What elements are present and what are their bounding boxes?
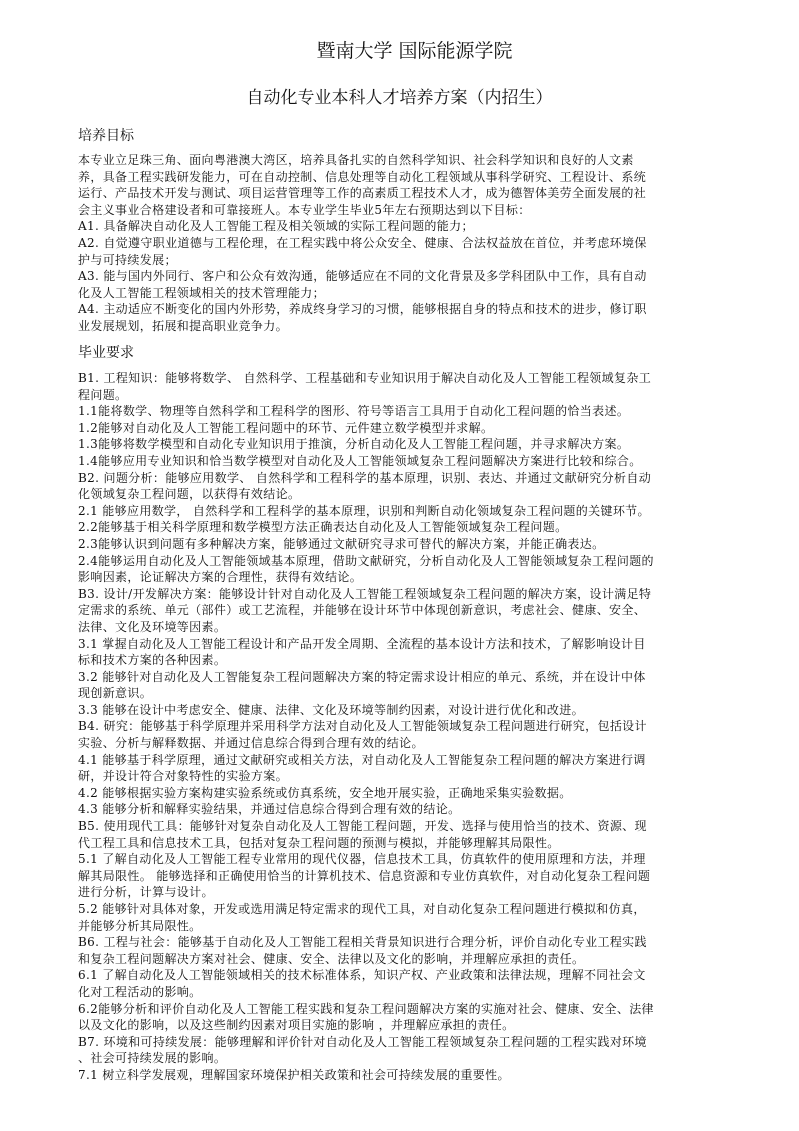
requirement-line: B2. 问题分析：能够应用数学、 自然科学和工程科学的基本原理，识别、表达、并通… xyxy=(78,470,718,487)
requirement-line: 4.1 能够基于科学原理，通过文献研究或相关方法，对自动化及人工智能复杂工程问题… xyxy=(78,752,718,769)
requirement-line: 影响因素，论证解决方案的合理性，获得有效结论。 xyxy=(78,569,718,586)
objectives-line: 会主义事业合格建设者和可靠接班人。本专业学生毕业5年左右预期达到以下目标： xyxy=(78,202,718,219)
requirement-line: 1.4能够应用专业知识和恰当数学模型对自动化及人工智能领域复杂工程问题解决方案进… xyxy=(78,453,718,470)
requirement-line: 4.2 能够根据实验方案构建实验系统或仿真系统，安全地开展实验，正确地采集实验数… xyxy=(78,785,718,802)
requirement-line: 以及文化的影响，以及这些制约因素对项目实施的影响 ，并理解应承担的责任。 xyxy=(78,1017,718,1034)
requirement-line: 1.3能够将数学模型和自动化专业知识用于推演，分析自动化及人工智能工程问题，并寻… xyxy=(78,436,718,453)
document-page: 暨南大学 国际能源学院 自动化专业本科人才培养方案（内招生） 培养目标 本专业立… xyxy=(0,0,799,1131)
requirement-line: B3. 设计/开发解决方案：能够设计针对自动化及人工智能工程领域复杂工程问题的解… xyxy=(78,586,718,603)
section-heading-objectives: 培养目标 xyxy=(78,126,134,146)
requirement-line: 并能够分析其局限性。 xyxy=(78,918,718,935)
requirement-line: 5.1 了解自动化及人工智能工程专业常用的现代仪器，信息技术工具，仿真软件的使用… xyxy=(78,851,718,868)
requirement-line: 研，并设计符合对象特性的实验方案。 xyxy=(78,768,718,785)
requirement-line: 2.4能够运用自动化及人工智能领域基本原理，借助文献研究，分析自动化及人工智能领… xyxy=(78,553,718,570)
document-title: 自动化专业本科人才培养方案（内招生） xyxy=(0,86,799,110)
objectives-line: 养，具备工程实践研发能力，可在自动控制、信息处理等自动化工程领域从事科学研究、工… xyxy=(78,169,718,186)
objectives-body: 本专业立足珠三角、面向粤港澳大湾区，培养具备扎实的自然科学知识、社会科学知识和良… xyxy=(78,152,718,335)
objective-a4-cont: 业发展规划，拓展和提高职业竞争力。 xyxy=(78,318,718,335)
requirement-line: 代工程工具和信息技术工具，包括对复杂工程问题的预测与模拟，并能够理解其局限性。 xyxy=(78,835,718,852)
requirement-line: B6. 工程与社会：能够基于自动化及人工智能工程相关背景知识进行合理分析，评价自… xyxy=(78,934,718,951)
requirements-body: B1. 工程知识：能够将数学、 自然科学、工程基础和专业知识用于解决自动化及人工… xyxy=(78,370,718,1084)
requirement-line: B4. 研究：能够基于科学原理并采用科学方法对自动化及人工智能领域复杂工程问题进… xyxy=(78,718,718,735)
requirement-line: 1.1能将数学、物理等自然科学和工程科学的图形、符号等语言工具用于自动化工程问题… xyxy=(78,403,718,420)
requirement-line: 现创新意识。 xyxy=(78,685,718,702)
requirement-line: 4.3 能够分析和解释实验结果，并通过信息综合得到合理有效的结论。 xyxy=(78,801,718,818)
objectives-line: 本专业立足珠三角、面向粤港澳大湾区，培养具备扎实的自然科学知识、社会科学知识和良… xyxy=(78,152,718,169)
requirement-line: 程问题。 xyxy=(78,387,718,404)
section-heading-requirements: 毕业要求 xyxy=(78,343,134,363)
requirement-line: 定需求的系统、单元（部件）或工艺流程，并能够在设计环节中体现创新意识，考虑社会、… xyxy=(78,602,718,619)
requirement-line: 进行分析，计算与设计。 xyxy=(78,884,718,901)
requirement-line: B5. 使用现代工具：能够针对复杂自动化及人工智能工程问题，开发、选择与使用恰当… xyxy=(78,818,718,835)
requirement-line: 6.1 了解自动化及人工智能领域相关的技术标准体系，知识产权、产业政策和法律法规… xyxy=(78,967,718,984)
requirement-line: 、社会可持续发展的影响。 xyxy=(78,1050,718,1067)
requirement-line: 2.3能够认识到问题有多种解决方案，能够通过文献研究寻求可替代的解决方案，并能正… xyxy=(78,536,718,553)
requirement-line: 化领域复杂工程问题，以获得有效结论。 xyxy=(78,486,718,503)
requirement-line: 5.2 能够针对具体对象，开发或选用满足特定需求的现代工具，对自动化复杂工程问题… xyxy=(78,901,718,918)
requirement-line: 6.2能够分析和评价自动化及人工智能工程实践和复杂工程问题解决方案的实施对社会、… xyxy=(78,1001,718,1018)
requirement-line: 解其局限性。 能够选择和正确使用恰当的计算机技术、信息资源和专业仿真软件，对自动… xyxy=(78,868,718,885)
objective-a3: A3. 能与国内外同行、客户和公众有效沟通，能够适应在不同的文化背景及多学科团队… xyxy=(78,268,718,285)
requirement-line: 2.2能够基于相关科学原理和数学模型方法正确表达自动化及人工智能领域复杂工程问题… xyxy=(78,519,718,536)
objective-a2-cont: 护与可持续发展； xyxy=(78,252,718,269)
requirement-line: 法律、文化及环境等因素。 xyxy=(78,619,718,636)
requirement-line: 3.3 能够在设计中考虑安全、健康、法律、文化及环境等制约因素，对设计进行优化和… xyxy=(78,702,718,719)
requirement-line: 实验、分析与解释数据、并通过信息综合得到合理有效的结论。 xyxy=(78,735,718,752)
requirement-line: 3.2 能够针对自动化及人工智能复杂工程问题解决方案的特定需求设计相应的单元、系… xyxy=(78,669,718,686)
requirement-line: 2.1 能够应用数学， 自然科学和工程科学的基本原理，识别和判断自动化领域复杂工… xyxy=(78,503,718,520)
requirement-line: 标和技术方案的各种因素。 xyxy=(78,652,718,669)
objective-a2: A2. 自觉遵守职业道德与工程伦理，在工程实践中将公众安全、健康、合法权益放在首… xyxy=(78,235,718,252)
objective-a4: A4. 主动适应不断变化的国内外形势，养成终身学习的习惯，能够根据自身的特点和技… xyxy=(78,301,718,318)
objective-a1: A1. 具备解决自动化及人工智能工程及相关领域的实际工程问题的能力； xyxy=(78,218,718,235)
objectives-line: 运行、产品技术开发与测试、项目运营管理等工作的高素质工程技术人才，成为德智体美劳… xyxy=(78,185,718,202)
requirement-line: 和复杂工程问题解决方案对社会、健康、安全、法律以及文化的影响，并理解应承担的责任… xyxy=(78,951,718,968)
requirement-line: 1.2能够对自动化及人工智能工程问题中的环节、元件建立数学模型并求解。 xyxy=(78,420,718,437)
requirement-line: B7. 环境和可持续发展：能够理解和评价针对自动化及人工智能工程领域复杂工程问题… xyxy=(78,1034,718,1051)
requirement-line: B1. 工程知识：能够将数学、 自然科学、工程基础和专业知识用于解决自动化及人工… xyxy=(78,370,718,387)
objective-a3-cont: 化及人工智能工程领域相关的技术管理能力； xyxy=(78,285,718,302)
requirement-line: 7.1 树立科学发展观，理解国家环境保护相关政策和社会可持续发展的重要性。 xyxy=(78,1067,718,1084)
institution-title: 暨南大学 国际能源学院 xyxy=(0,38,799,64)
requirement-line: 3.1 掌握自动化及人工智能工程设计和产品开发全周期、全流程的基本设计方法和技术… xyxy=(78,636,718,653)
requirement-line: 化对工程活动的影响。 xyxy=(78,984,718,1001)
